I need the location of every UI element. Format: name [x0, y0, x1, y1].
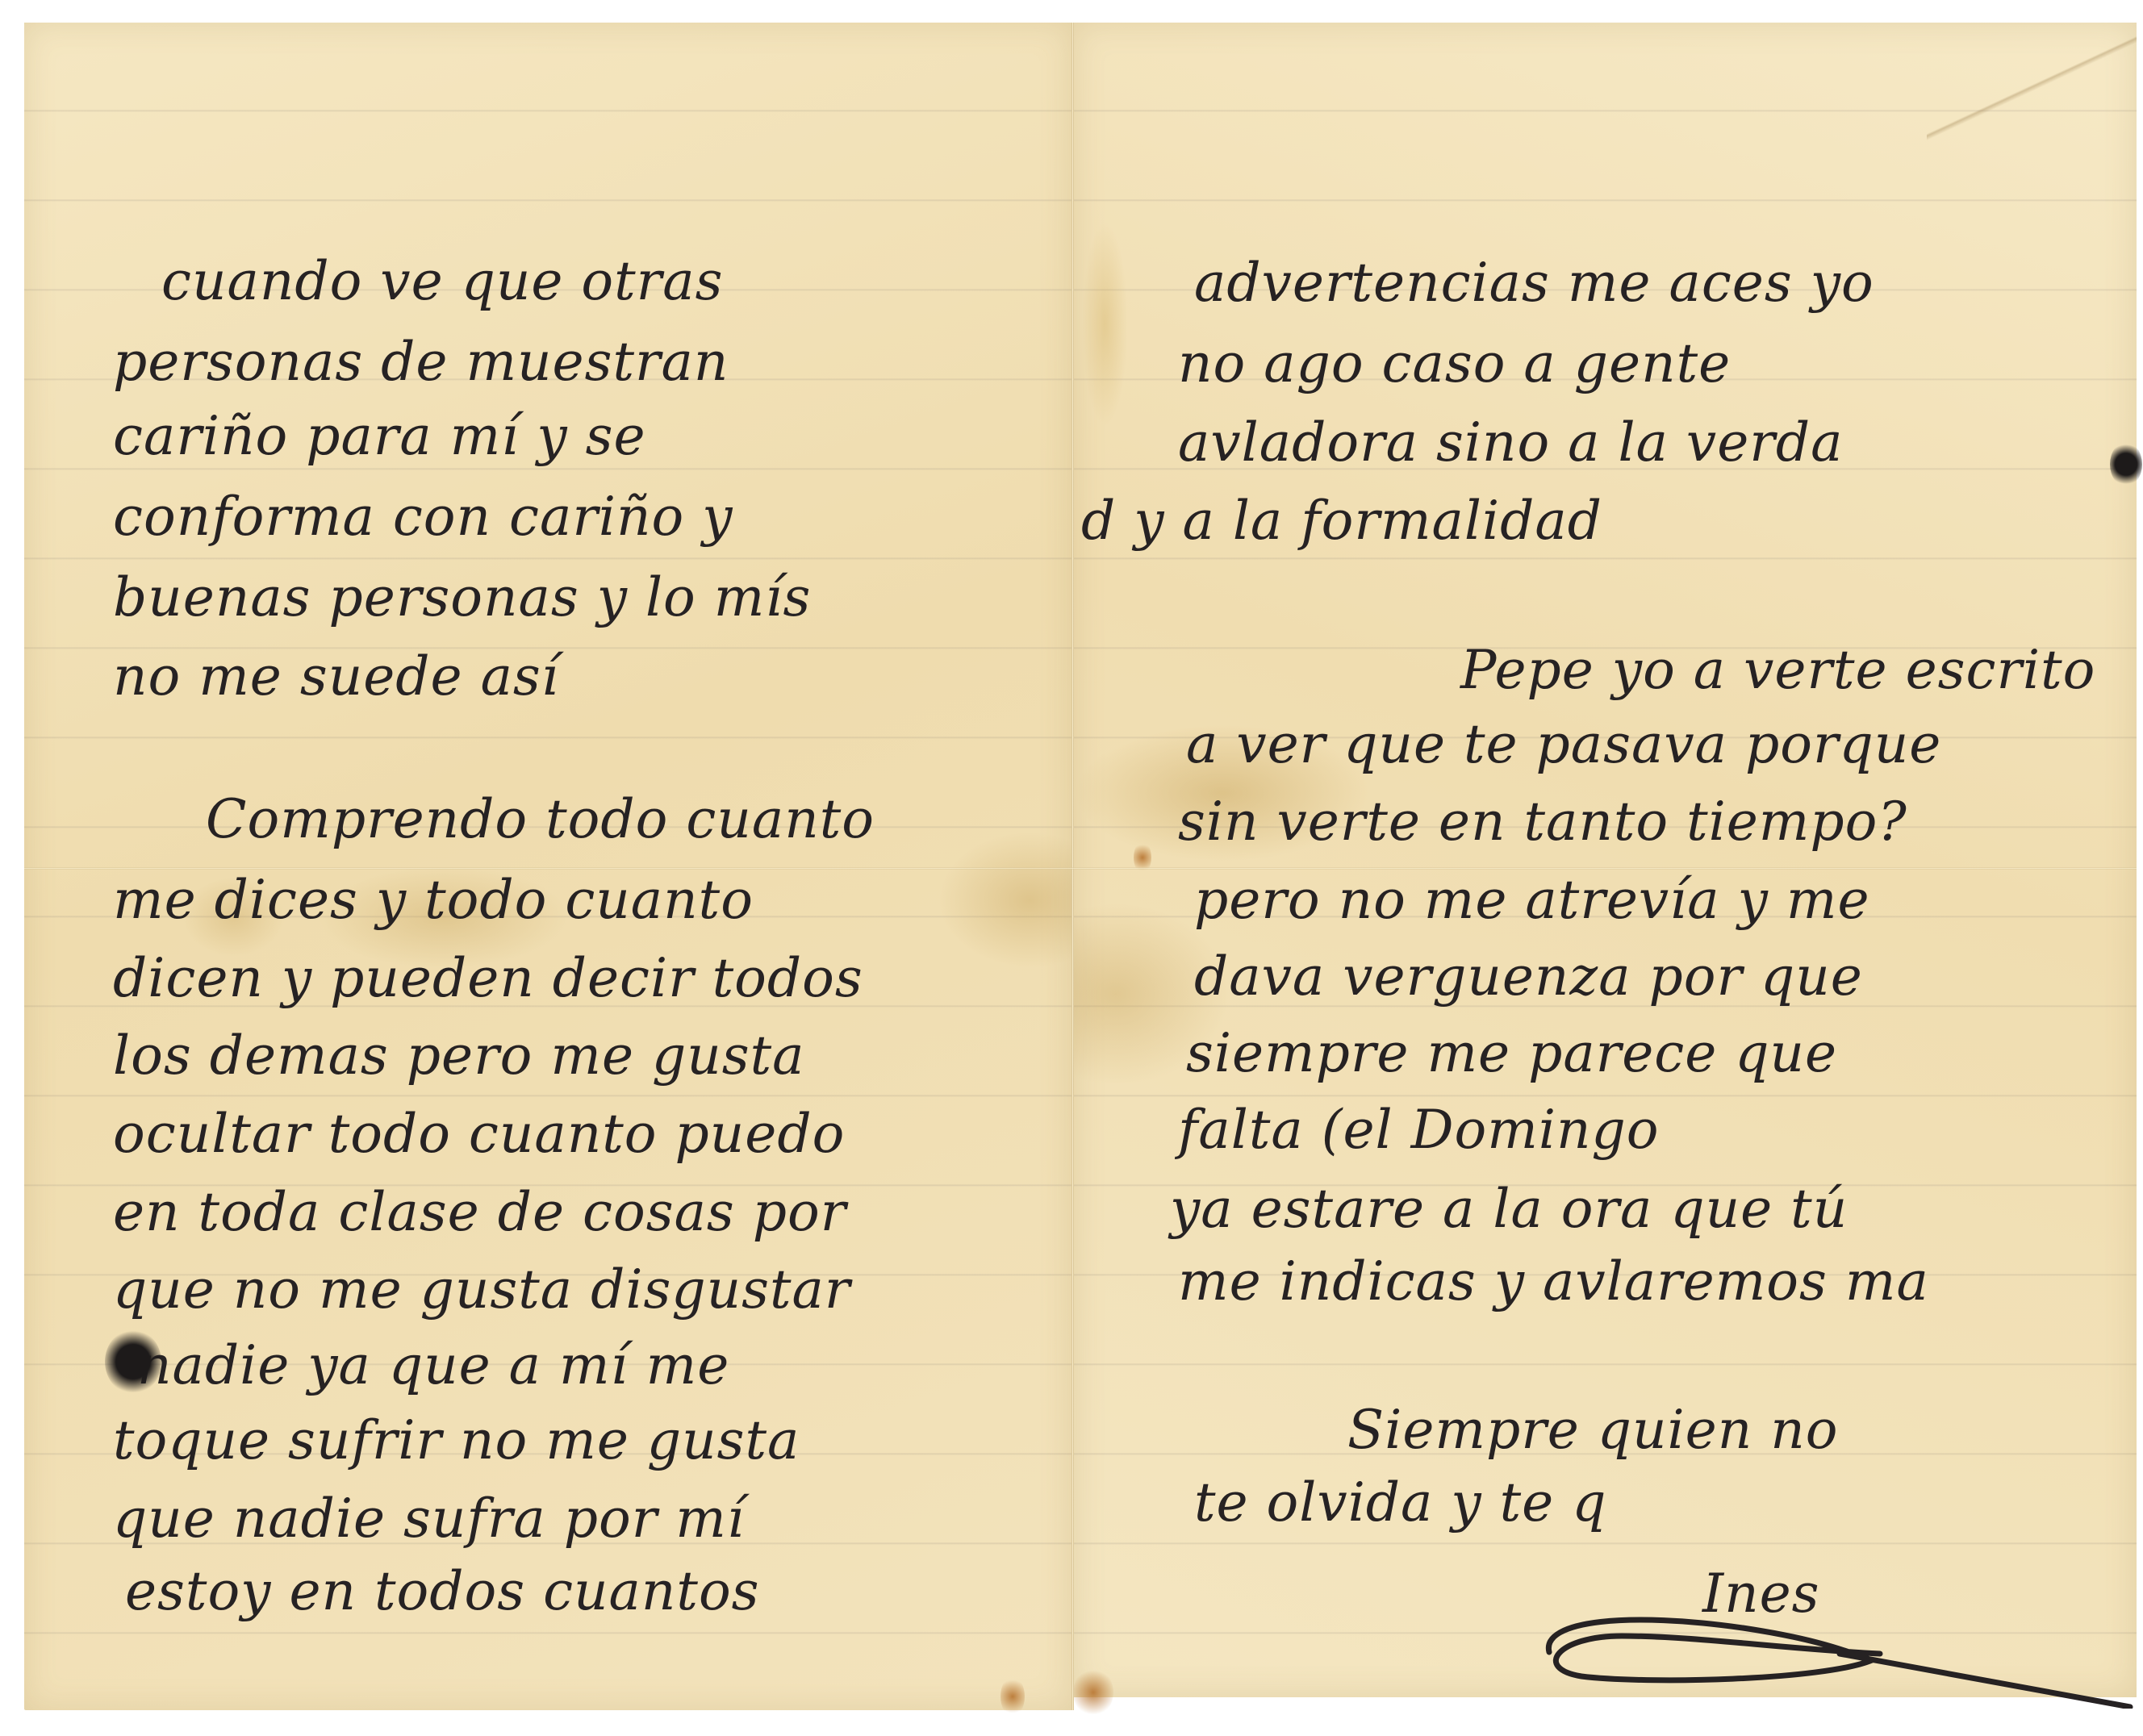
left-line-7: Comprendo todo cuanto — [206, 793, 875, 846]
vertical-fold — [1071, 23, 1074, 1710]
left-line-12: en toda clase de cosas por — [113, 1186, 846, 1239]
right-line-3: avladora sino a la verda — [1178, 416, 1843, 469]
stain-spot — [1000, 1676, 1025, 1717]
right-line-5: Pepe yo a verte escrito — [1460, 644, 2095, 697]
left-line-13: que no me gusta disgustar — [113, 1263, 850, 1317]
letter-sheet: cuando ve que otras personas de muestran… — [24, 23, 2137, 1710]
left-line-10: los demas pero me gusta — [113, 1029, 804, 1083]
right-line-10: siempre me parece que — [1186, 1027, 1837, 1080]
right-line-9: dava verguenza por que — [1194, 950, 1863, 1004]
left-line-1: cuando ve que otras — [161, 255, 723, 308]
right-line-2: no ago caso a gente — [1178, 337, 1731, 390]
left-line-5: buenas personas y lo mís — [113, 571, 811, 624]
left-line-15: toque sufrir no me gusta — [113, 1414, 800, 1467]
horizontal-fold — [24, 867, 2137, 870]
left-line-17: estoy en todos cuantos — [125, 1565, 760, 1618]
left-line-16: que nadie sufra por mí — [113, 1492, 745, 1546]
signature-flourish-icon — [1533, 1604, 2143, 1709]
corner-crease — [1927, 23, 2137, 152]
ink-blot — [2110, 442, 2142, 486]
left-page: cuando ve que otras personas de muestran… — [24, 23, 1071, 1710]
left-line-11: ocultar todo cuanto puedo — [113, 1108, 845, 1161]
right-line-1: advertencias me aces yo — [1194, 257, 1874, 310]
right-line-15: te olvida y te q — [1194, 1476, 1606, 1529]
ink-blot — [105, 1329, 161, 1394]
right-line-12: ya estare a la ora que tú — [1170, 1183, 1848, 1236]
left-line-6: no me suede así — [113, 650, 559, 703]
right-line-8: pero no me atrevía y me — [1194, 874, 1870, 927]
right-page: advertencias me aces yo no ago caso a ge… — [1073, 23, 2137, 1697]
right-line-4: d y a la formalidad — [1081, 495, 1602, 548]
stain-spot — [1073, 1668, 1113, 1717]
right-line-13: me indicas y avlaremos ma — [1178, 1255, 1929, 1308]
left-line-8: me dices y todo cuanto — [113, 874, 754, 927]
left-line-4: conforma con cariño y — [113, 490, 733, 544]
right-line-6: a ver que te pasava porque — [1186, 718, 1941, 771]
left-line-3: cariño para mí y se — [113, 410, 646, 463]
left-line-9: dicen y pueden decir todos — [113, 952, 863, 1005]
right-line-7: sin verte en tanto tiempo? — [1178, 795, 1907, 849]
right-line-11: falta (el Domingo — [1178, 1104, 1659, 1157]
left-line-14: nadie ya que a mí me — [137, 1339, 729, 1392]
left-line-2: personas de muestran — [113, 336, 729, 389]
right-line-14: Siempre quien no — [1347, 1404, 1838, 1457]
